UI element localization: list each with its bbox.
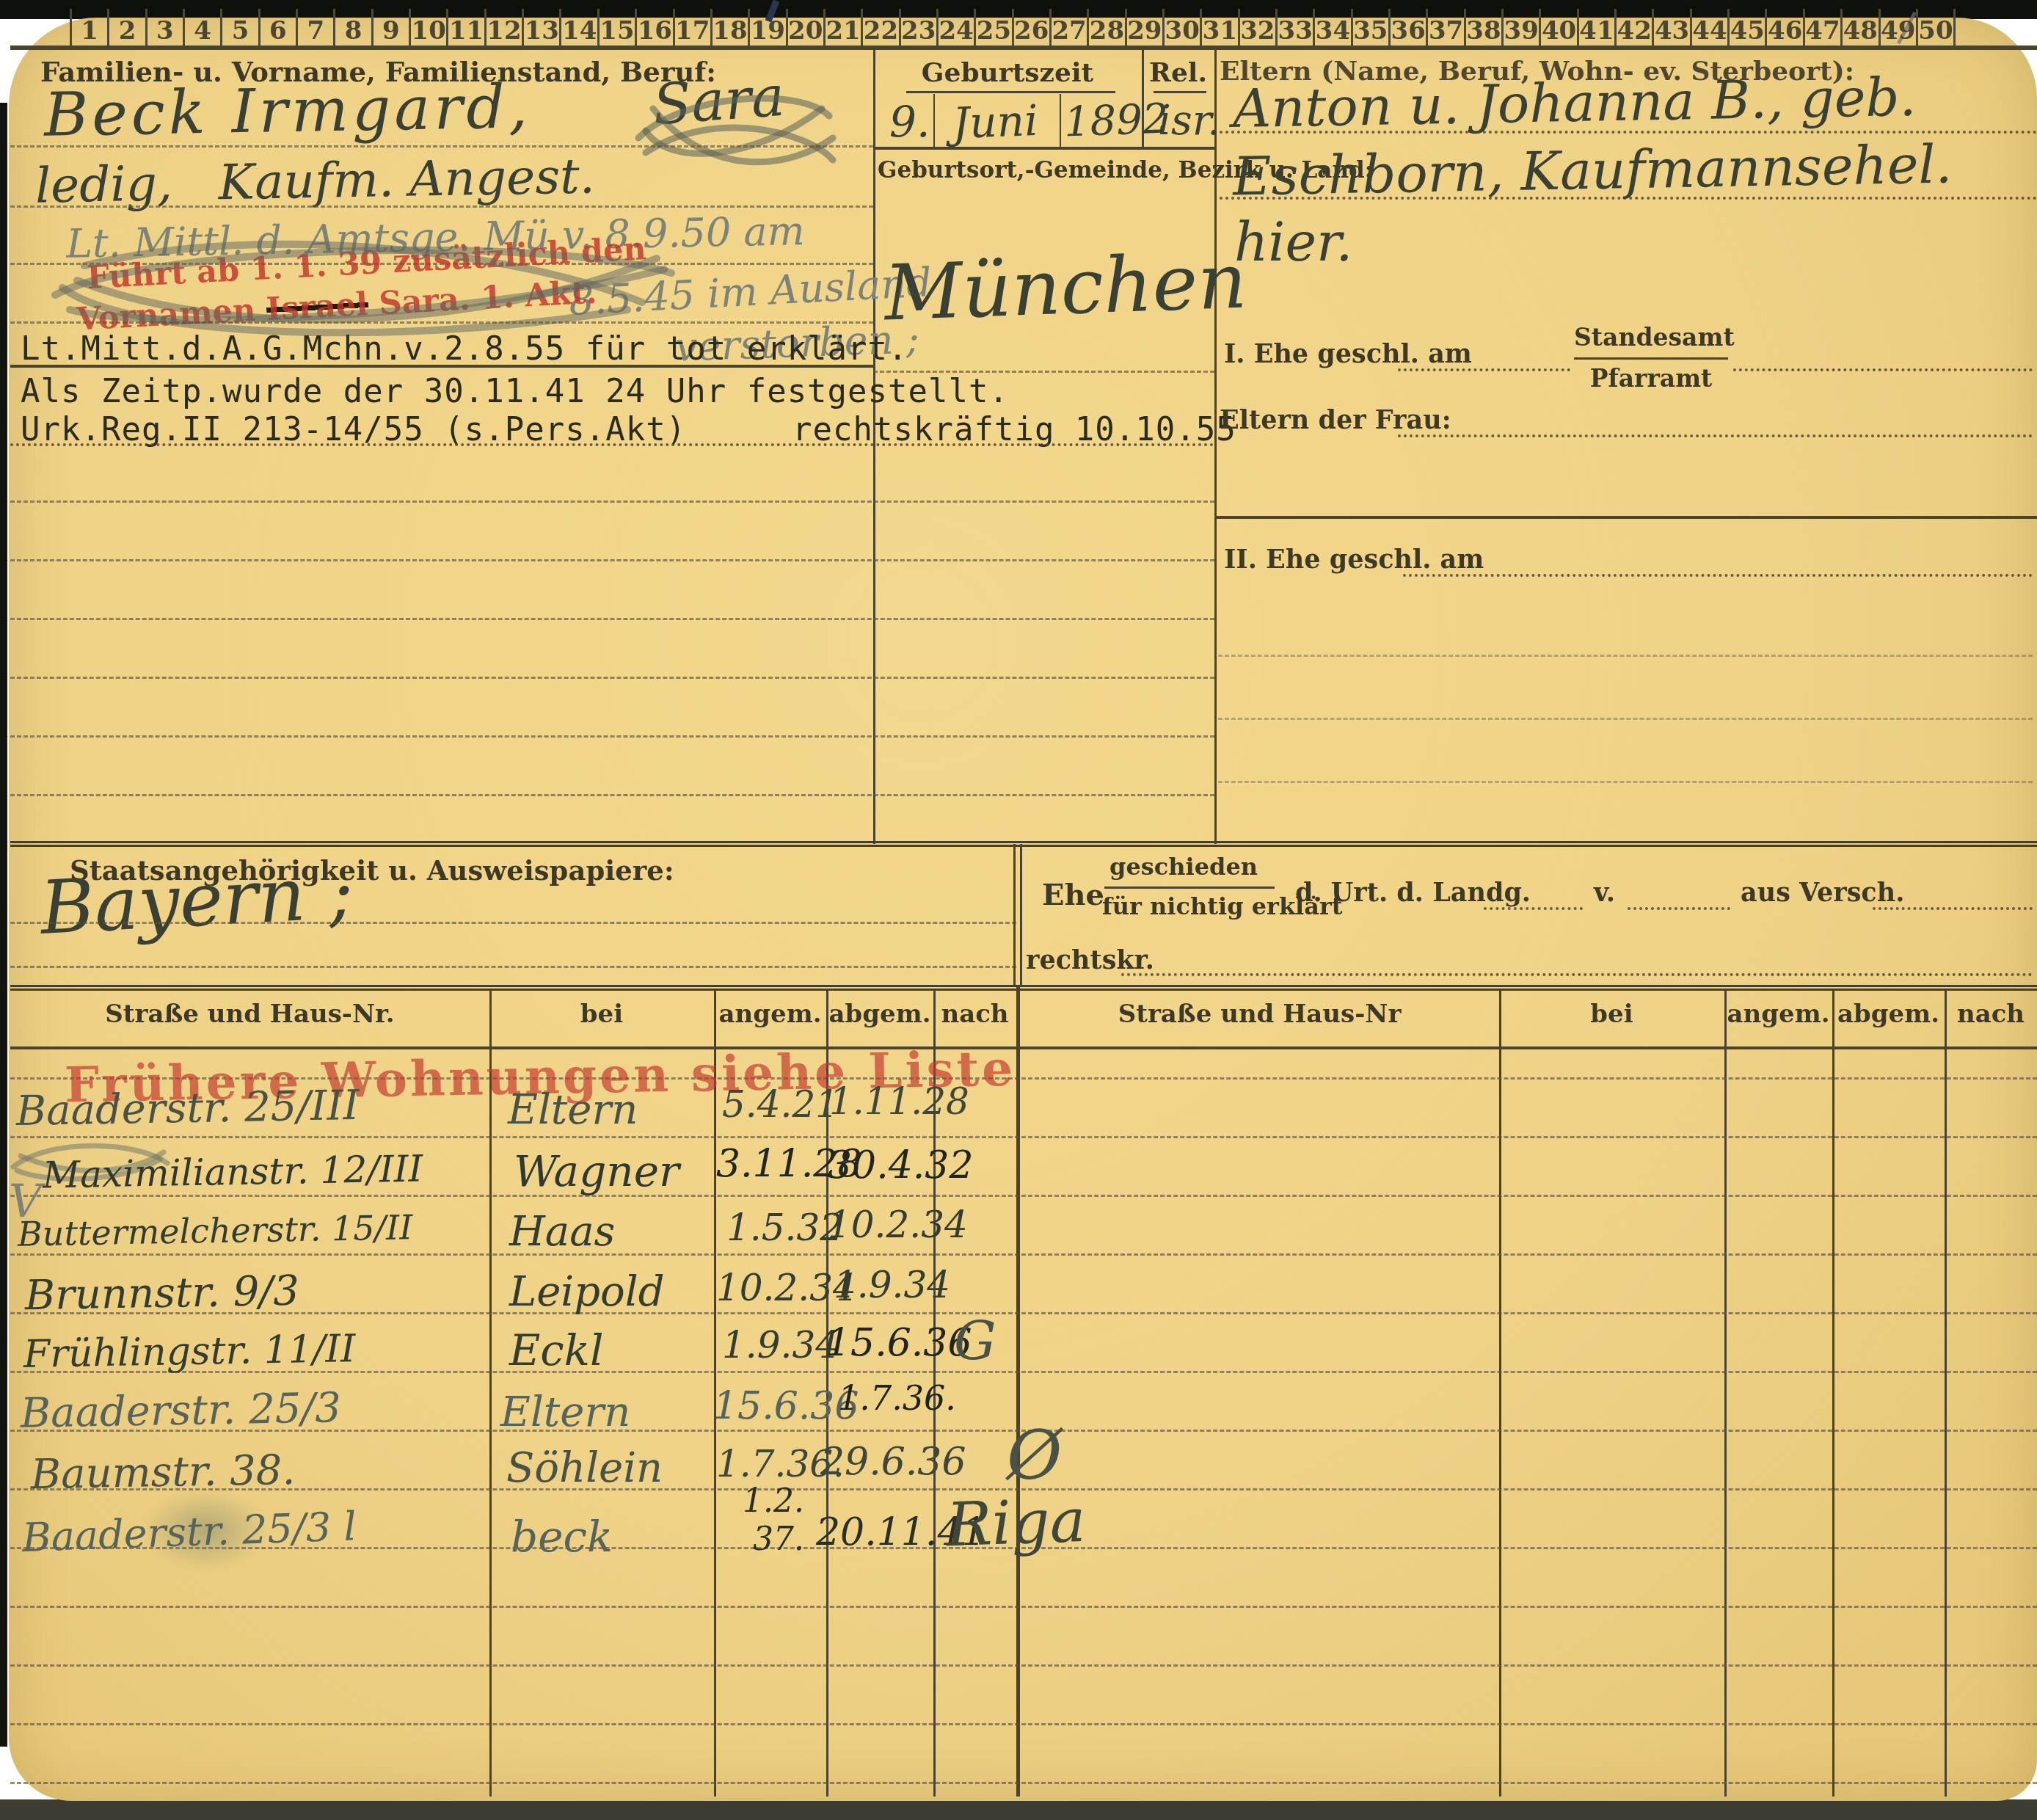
- ruler-cell: 26: [1012, 9, 1049, 47]
- ruler-cell: 41: [1577, 9, 1614, 47]
- table-divider: [1016, 987, 1020, 1797]
- col-line: [1499, 991, 1501, 1797]
- ruler-cell: 48: [1840, 9, 1878, 47]
- rule: [1104, 887, 1275, 889]
- ruler-cell: 9: [371, 9, 409, 47]
- marriage1-label: I. Ehe geschl. am: [1224, 339, 1472, 369]
- row-angem-b: 37.: [753, 1521, 804, 1558]
- divorce-ehe-label: Ehe: [1042, 878, 1104, 912]
- table-row-rule: [10, 1253, 2037, 1256]
- citizenship-entry: Bayern ;: [38, 849, 355, 951]
- ruler-cell: 7: [296, 9, 333, 47]
- pencil-scribble-sara: [624, 65, 844, 197]
- scan-bottom-strip: [0, 1799, 2037, 1820]
- rule: [1403, 574, 2033, 577]
- row-bei: Leipold: [509, 1268, 665, 1316]
- divorce-rechtskr-label: rechtskr.: [1026, 945, 1154, 975]
- ruler-cell: 2: [107, 9, 145, 47]
- row-bei: Eltern: [500, 1388, 630, 1436]
- row-nach: G: [954, 1311, 996, 1372]
- row-angem: 1.5.32: [726, 1206, 843, 1249]
- ruler-cell: 32: [1238, 9, 1275, 47]
- row-angem-a: 1.2.: [743, 1482, 804, 1520]
- row-abgem: 30.4.32: [828, 1143, 973, 1187]
- rule: [873, 147, 1214, 150]
- row-nach: Riga: [945, 1486, 1087, 1561]
- registry-office-label: Standesamt: [1574, 323, 1728, 352]
- col-header-street-right: Straße und Haus-Nr: [1020, 1000, 1499, 1029]
- religion-entry: isr.: [1158, 97, 1220, 145]
- rule: [10, 677, 1214, 679]
- ruler-cell: 27: [1049, 9, 1087, 47]
- ruler-cell: 49: [1879, 9, 1916, 47]
- table-row-rule: [10, 1136, 2037, 1138]
- ruler-cell: 47: [1803, 9, 1840, 47]
- divorce-option1: geschieden: [1109, 853, 1258, 881]
- ruler-cell: 38: [1464, 9, 1501, 47]
- col-line: [1724, 991, 1727, 1797]
- row-bei: Söhlein: [506, 1444, 663, 1492]
- table-header-underline: [10, 1046, 2037, 1049]
- rule: [10, 205, 873, 208]
- col-header-bei-left: bei: [489, 1000, 714, 1029]
- row-street: Buttermelcherstr. 15/II: [18, 1207, 413, 1253]
- table-row-rule: [10, 1723, 2037, 1725]
- rule: [10, 145, 873, 148]
- rule: [873, 371, 1214, 373]
- ruler-cell: 10: [409, 9, 446, 47]
- rule: [1484, 907, 1583, 910]
- birth-header: Geburtszeit: [873, 57, 1142, 88]
- rule: [1733, 368, 2033, 371]
- ruler-cell: 29: [1125, 9, 1162, 47]
- ruler-cell: 20: [786, 9, 823, 47]
- row-abgem: 10.2.34: [828, 1204, 968, 1246]
- rule: [10, 922, 1016, 924]
- ruler-cell: 31: [1200, 9, 1237, 47]
- rule: [1574, 357, 1728, 360]
- table-row-rule: [10, 1664, 2037, 1667]
- col-header-bei-right: bei: [1499, 1000, 1724, 1029]
- tick: [1060, 94, 1061, 148]
- wife-parents-label: Eltern der Frau:: [1220, 405, 1451, 435]
- rule: [1121, 973, 2033, 976]
- rule: [1873, 907, 2033, 910]
- ruler-cell: 33: [1275, 9, 1313, 47]
- row-street: Baaderstr. 25/III: [15, 1082, 360, 1135]
- parents-entry-3: hier.: [1234, 211, 1352, 273]
- ruler-cell: 6: [258, 9, 296, 47]
- ruler-cell: 16: [635, 9, 672, 47]
- tick: [933, 94, 935, 148]
- scan-left-edge: [0, 103, 7, 1747]
- col-line: [1832, 991, 1834, 1797]
- rule: [1218, 718, 2033, 720]
- ruler-cell: 19: [748, 9, 785, 47]
- marriage2-label: II. Ehe geschl. am: [1224, 545, 1484, 575]
- divider-middle-band: [1013, 844, 1016, 987]
- typed-death-time: Als Zeitp.wurde der 30.11.41 24 Uhr fest…: [21, 373, 1009, 410]
- ruler-cell: 22: [861, 9, 898, 47]
- row-abgem: 1.11.28: [829, 1080, 969, 1123]
- col-header-street-left: Straße und Haus-Nr.: [10, 1000, 489, 1029]
- table-row-rule: [10, 1195, 2037, 1197]
- row-angem: 15.6.36: [713, 1384, 859, 1428]
- divorce-versch-label: aus Versch.: [1741, 878, 1904, 908]
- ruler-cell: 42: [1614, 9, 1652, 47]
- status-entry: ledig, Kaufm. Angest.: [34, 148, 595, 214]
- ruler-cell: 14: [559, 9, 597, 47]
- ruler: 1234567891011121314151617181920212223242…: [70, 9, 1956, 47]
- registration-card-scan: 1234567891011121314151617181920212223242…: [0, 0, 2037, 1820]
- rule: [10, 443, 1214, 446]
- religion-header: Rel.: [1142, 57, 1214, 88]
- col-header-nach-right: nach: [1945, 1000, 2037, 1029]
- row-abgem: 1.9.34: [834, 1264, 950, 1306]
- rule: [10, 321, 873, 324]
- rule: [1398, 368, 1570, 371]
- ruler-cell: 36: [1388, 9, 1426, 47]
- ruler-cell: 3: [145, 9, 183, 47]
- row-nach: Ø: [1007, 1416, 1062, 1495]
- birthplace-entry: München: [883, 236, 1248, 338]
- ruler-cell: 13: [522, 9, 559, 47]
- ruler-cell: 46: [1765, 9, 1802, 47]
- ruler-cell: 11: [446, 9, 484, 47]
- rule: [10, 794, 1214, 796]
- ruler-cell: 45: [1727, 9, 1765, 47]
- rule: [10, 735, 1214, 738]
- rule: [1628, 907, 1730, 910]
- ruler-cell: 39: [1501, 9, 1539, 47]
- ruler-cell: 35: [1351, 9, 1388, 47]
- row-bei: Eckl: [509, 1325, 604, 1375]
- birth-day-entry: 9.: [889, 97, 930, 147]
- ruler-cell: 37: [1426, 9, 1463, 47]
- ruler-cell: 50: [1916, 9, 1956, 47]
- row-bei: Wagner: [514, 1146, 679, 1196]
- col-header-abgem-right: abgem.: [1832, 1000, 1945, 1029]
- row-angem: 5.4.21: [722, 1083, 839, 1126]
- rule: [10, 966, 1016, 968]
- rule: [1398, 434, 2033, 437]
- ruler-cell: 1: [70, 9, 107, 47]
- row-abgem: 15.6.36: [826, 1321, 972, 1365]
- rule: [906, 91, 1115, 93]
- col-header-abgem-left: abgem.: [826, 1000, 933, 1029]
- ruler-underline: [10, 45, 2037, 50]
- ruler-cell: 30: [1162, 9, 1200, 47]
- col-line: [489, 991, 492, 1797]
- row-bei: Eltern: [508, 1086, 638, 1134]
- col-header-nach-left: nach: [933, 1000, 1016, 1029]
- rule: [1218, 781, 2033, 783]
- row-bei: Haas: [509, 1208, 615, 1256]
- parish-office-label: Pfarramt: [1574, 364, 1728, 393]
- ruler-cell: 28: [1087, 9, 1124, 47]
- ruler-cell: 40: [1539, 9, 1576, 47]
- section-divider: [10, 841, 2037, 847]
- name-entry: Beck Irmgard,: [43, 72, 532, 150]
- ruler-cell: 17: [673, 9, 710, 47]
- row-abgem: 29.6.36: [820, 1440, 966, 1484]
- ruler-cell: 21: [823, 9, 861, 47]
- ruler-cell: 4: [183, 9, 220, 47]
- ruler-cell: 43: [1652, 9, 1689, 47]
- row-street: Maximilianstr. 12/III: [43, 1147, 423, 1196]
- divider-middle-band-2: [1020, 844, 1022, 987]
- table-row-rule: [10, 1312, 2037, 1314]
- col-header-angem-right: angem.: [1724, 1000, 1832, 1029]
- ruler-cell: 12: [484, 9, 522, 47]
- ruler-cell: 44: [1690, 9, 1727, 47]
- ruler-cell: 34: [1313, 9, 1350, 47]
- ruler-cell: 25: [974, 9, 1011, 47]
- ruler-cell: 23: [899, 9, 936, 47]
- ruler-cell: 8: [333, 9, 371, 47]
- row-street: Baaderstr. 25/3: [20, 1384, 341, 1438]
- divorce-v-label: v.: [1594, 878, 1615, 908]
- row-street: Frühlingstr. 11/II: [23, 1327, 356, 1377]
- parents-entry-1: Anton u. Johanna B., geb.: [1232, 66, 1917, 139]
- table-row-rule: [10, 1606, 2037, 1608]
- divorce-court-label: d. Urt. d. Landg.: [1295, 878, 1531, 908]
- rule-solid: [1214, 516, 2037, 519]
- rule: [1154, 91, 1206, 93]
- table-row-rule: [10, 1782, 2037, 1784]
- birth-year-entry: 1892: [1063, 95, 1170, 147]
- rule: [1218, 655, 2033, 657]
- rule: [10, 618, 1214, 620]
- birth-month-entry: Juni: [952, 95, 1039, 148]
- row-angem: 1.9.34: [722, 1324, 839, 1366]
- ruler-cell: 15: [597, 9, 635, 47]
- table-top-divider: [10, 985, 2037, 991]
- ruler-cell: 18: [710, 9, 748, 47]
- row-bei: beck: [511, 1512, 613, 1562]
- row-abgem: 1.7.36.: [838, 1378, 956, 1418]
- rule: [10, 559, 1214, 561]
- ruler-cell: 24: [936, 9, 974, 47]
- rule-solid: [10, 365, 873, 368]
- col-line: [1945, 991, 1947, 1797]
- rule: [10, 500, 1214, 503]
- typed-death-declaration: Lt.Mitt.d.A.G.Mchn.v.2.8.55 für tot erkl…: [21, 330, 908, 368]
- row-street: Brunnstr. 9/3: [24, 1267, 299, 1320]
- ruler-cell: 5: [220, 9, 258, 47]
- col-header-angem-left: angem.: [714, 1000, 826, 1029]
- rule: [1220, 197, 2037, 200]
